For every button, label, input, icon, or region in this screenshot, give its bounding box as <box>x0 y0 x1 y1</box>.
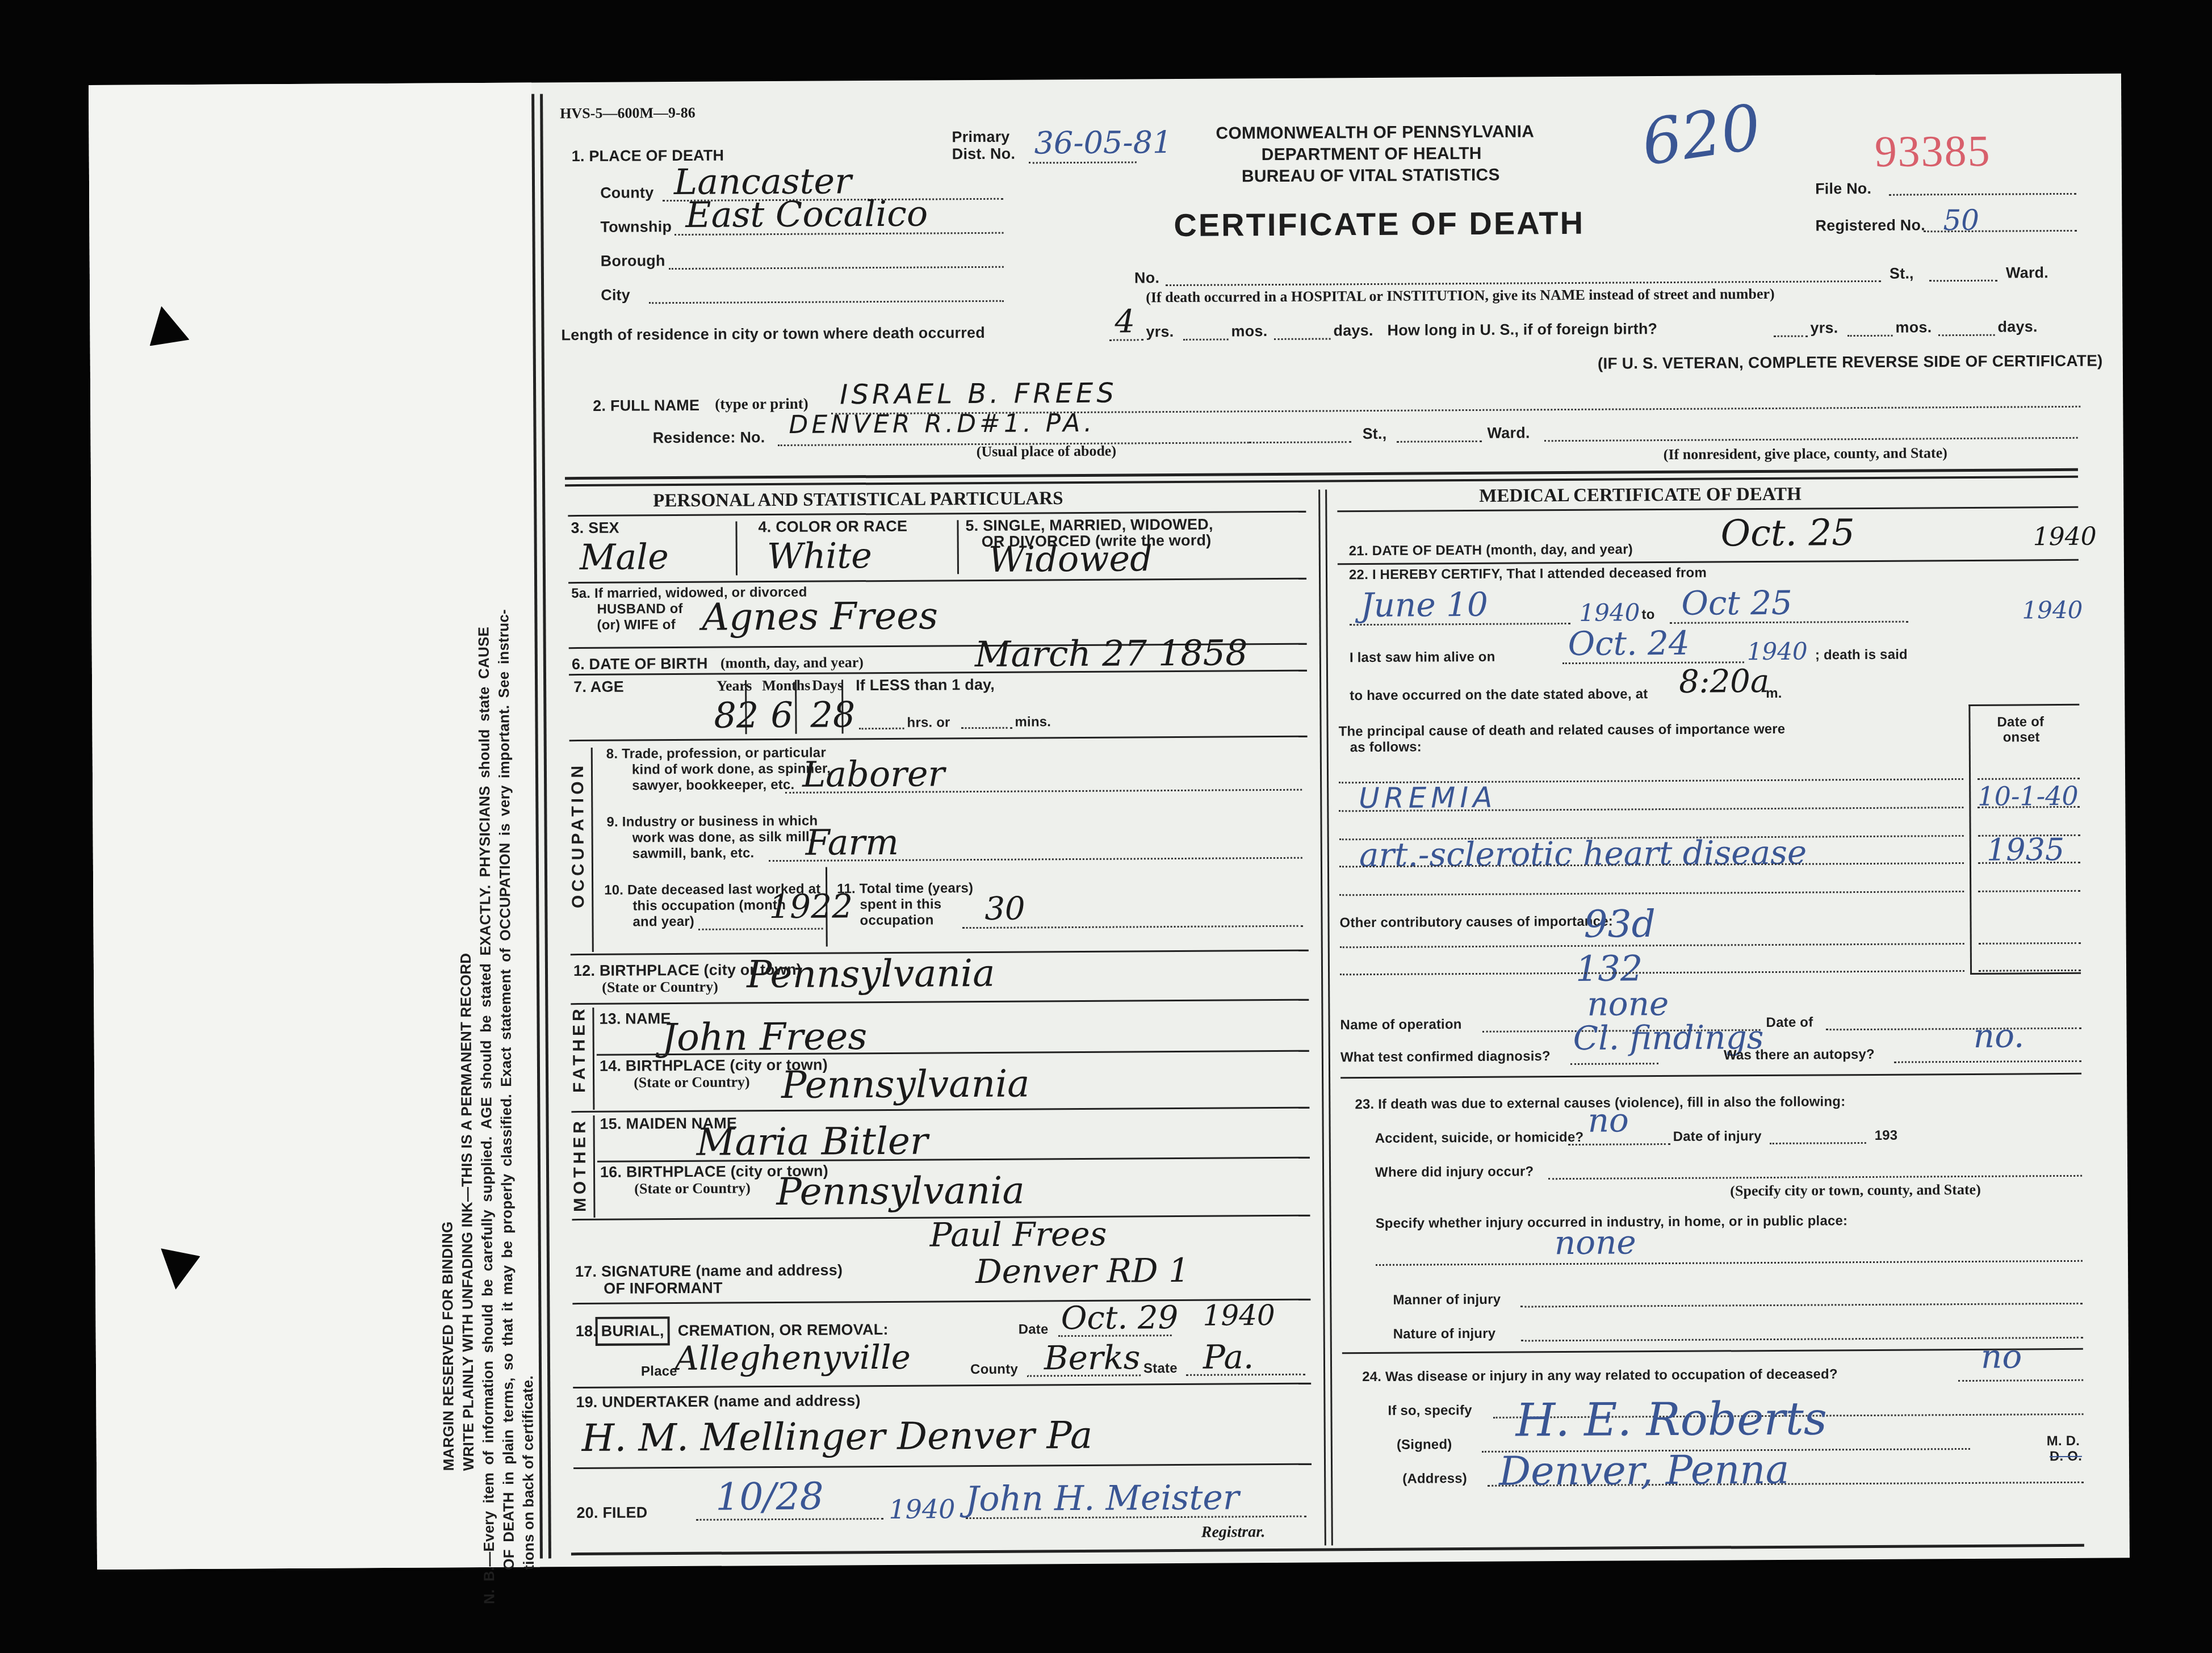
total-time-value[interactable]: 30 <box>984 891 1025 928</box>
personal-section-title: PERSONAL AND STATISTICAL PARTICULARS <box>653 488 1063 511</box>
certificate-title: CERTIFICATE OF DEATH <box>1174 204 1585 244</box>
trade-label-3: sawyer, bookkeeper, etc. <box>632 777 794 794</box>
last-saw-value[interactable]: Oct. 24 <box>1568 624 1690 663</box>
injury-date-label: Date of injury <box>1673 1128 1762 1145</box>
cause-intro-2: as follows: <box>1350 739 1422 756</box>
industry-label-3: sawmill, bank, etc. <box>632 845 755 862</box>
header-bureau: BUREAU OF VITAL STATISTICS <box>1242 166 1500 187</box>
county-label: County <box>600 184 653 202</box>
informant-label: 17. SIGNATURE (name and address) <box>575 1261 843 1281</box>
autopsy-value[interactable]: no. <box>1974 1016 2025 1055</box>
mother-birthplace-label-2: (State or Country) <box>634 1180 751 1197</box>
registrar-signature[interactable]: John H. Meister <box>965 1478 1239 1519</box>
accident-label: Accident, suicide, or homicide? <box>1375 1130 1584 1147</box>
other-causes-label: Other contributory causes of importance: <box>1339 914 1613 932</box>
attended-to-label: to <box>1641 607 1654 623</box>
marital-value[interactable]: Widowed <box>988 538 1153 580</box>
age-days-label: Days <box>812 677 843 694</box>
registered-no-value[interactable]: 50 <box>1943 204 1979 237</box>
occupation-side-label: OCCUPATION <box>568 762 588 908</box>
industry-label: 9. Industry or business in which <box>606 813 818 830</box>
primary-label: Primary <box>952 128 1009 146</box>
cause-intro: The principal cause of death and related… <box>1339 721 1786 740</box>
last-saw-label: I last saw him alive on <box>1350 649 1495 666</box>
time-of-death-value[interactable]: 8:20a <box>1679 663 1770 700</box>
death-said-label: ; death is said <box>1815 647 1908 664</box>
injury-year-prefix: 193 <box>1875 1128 1898 1144</box>
age-months-label: Months <box>762 677 810 694</box>
informant-address[interactable]: Denver RD 1 <box>975 1251 1189 1291</box>
trade-label-2: kind of work done, as spinner, <box>632 761 831 778</box>
burial-county-value[interactable]: Berks <box>1044 1338 1141 1377</box>
age-months-value[interactable]: 6 <box>770 694 793 736</box>
sex-label: 3. SEX <box>571 519 619 537</box>
birthplace-value[interactable]: Pennsylvania <box>747 951 995 997</box>
registrar-label: Registrar. <box>1201 1523 1266 1542</box>
injury-place-value[interactable]: none <box>1555 1223 1636 1262</box>
form-border-left <box>540 94 551 1558</box>
last-worked-label-2: this occupation (month <box>632 897 786 914</box>
occupation-related-label: 24. Was disease or injury in any way rel… <box>1362 1366 1838 1385</box>
trade-value[interactable]: Laborer <box>802 753 945 795</box>
foreign-birth-label: How long in U. S., if of foreign birth? <box>1387 320 1657 339</box>
specify-label: If so, specify <box>1388 1403 1472 1419</box>
onset-label: Date of <box>1997 714 2044 730</box>
full-name-value[interactable]: ISRAEL B. FREES <box>840 377 1117 411</box>
dob-label: 6. DATE OF BIRTH <box>572 655 708 673</box>
last-worked-label-3: and year) <box>632 914 694 930</box>
residence-st-label: St., <box>1362 425 1386 443</box>
injury-where-note: (Specify city or town, county, and State… <box>1730 1181 1981 1200</box>
borough-field[interactable] <box>669 266 1004 270</box>
township-value[interactable]: East Cocalico <box>685 192 928 235</box>
operation-label: Name of operation <box>1340 1017 1461 1033</box>
race-label: 4. COLOR OR RACE <box>758 518 907 536</box>
filed-date-value[interactable]: 10/28 <box>715 1475 824 1519</box>
medical-section-title: MEDICAL CERTIFICATE OF DEATH <box>1479 484 1802 507</box>
filed-year-value[interactable]: 1940 <box>889 1493 955 1525</box>
test-label: What test confirmed diagnosis? <box>1340 1048 1551 1065</box>
days-label: days. <box>1333 322 1373 339</box>
certify-label: 22. I HEREBY CERTIFY, That I attended de… <box>1349 565 1707 584</box>
operation-date-field[interactable] <box>1826 1027 2081 1031</box>
father-side-label: FATHER <box>569 1005 589 1093</box>
attended-to-year[interactable]: 1940 <box>2022 596 2083 624</box>
injury-where-field[interactable] <box>1548 1175 2082 1180</box>
yrs-label: yrs. <box>1146 323 1174 341</box>
days-label: days. <box>1997 318 2037 335</box>
death-certificate-paper: MARGIN RESERVED FOR BINDING WRITE PLAINL… <box>89 73 2130 1570</box>
ward-field[interactable] <box>1929 280 1997 282</box>
last-saw-year[interactable]: 1940 <box>1747 637 1808 666</box>
burial-state-value[interactable]: Pa. <box>1203 1337 1254 1377</box>
veteran-note: (IF U. S. VETERAN, COMPLETE REVERSE SIDE… <box>1598 352 2103 373</box>
dob-value[interactable]: March 27 1858 <box>975 632 1248 675</box>
dist-no-label: Dist. No. <box>952 145 1015 163</box>
hospital-note: (If death occurred in a HOSPITAL or INST… <box>1146 286 1775 306</box>
header-department: DEPARTMENT OF HEALTH <box>1262 144 1482 165</box>
father-birthplace-value[interactable]: Pennsylvania <box>781 1062 1030 1107</box>
column-divider <box>1325 489 1333 1545</box>
burial-label: CREMATION, OR REMOVAL: <box>678 1321 889 1340</box>
spouse-value[interactable]: Agnes Frees <box>702 594 938 639</box>
dob-sublabel: (month, day, and year) <box>720 654 864 672</box>
burial-year-value[interactable]: 1940 <box>1203 1299 1275 1332</box>
father-birthplace-label-2: (State or Country) <box>634 1073 750 1091</box>
hrs-label: hrs. or <box>907 715 950 731</box>
handwritten-number: 620 <box>1637 90 1765 179</box>
yrs-label: yrs. <box>1810 319 1838 337</box>
burial-date-label: Date <box>1019 1321 1049 1337</box>
mos-label: mos. <box>1231 322 1267 340</box>
birthplace-label-2: (State or Country) <box>602 979 718 996</box>
autopsy-label: Was there an autopsy? <box>1724 1047 1875 1064</box>
mins-label: mins. <box>1015 714 1051 730</box>
residence-years-value[interactable]: 4 <box>1115 303 1135 340</box>
operation-value[interactable]: none <box>1587 984 1669 1023</box>
attended-to-value[interactable]: Oct 25 <box>1681 584 1792 623</box>
total-time-label-2: spent in this <box>860 896 941 913</box>
sex-value[interactable]: Male <box>580 536 669 578</box>
age-days-value[interactable]: 28 <box>810 694 855 735</box>
ward-label: Ward. <box>2006 264 2048 282</box>
injury-where-label: Where did injury occur? <box>1375 1164 1534 1181</box>
nature-of-injury-label: Nature of injury <box>1393 1326 1496 1342</box>
father-name-label: 13. NAME <box>599 1010 671 1028</box>
trade-label: 8. Trade, profession, or particular <box>606 745 826 762</box>
burial-place-label: Place <box>641 1363 677 1379</box>
burial-num: 18. <box>576 1323 597 1340</box>
form-code: HVS-5—600M—9-86 <box>560 104 695 122</box>
residence-label: Residence: No. <box>653 429 765 447</box>
file-stamp-number: 93385 <box>1874 125 1991 177</box>
residence-value[interactable]: DENVER R.D#1. PA. <box>789 409 1095 439</box>
attended-from-year[interactable]: 1940 <box>1579 598 1640 627</box>
column-divider <box>1318 490 1326 1546</box>
mother-side-label: MOTHER <box>570 1118 590 1212</box>
mother-birthplace-value[interactable]: Pennsylvania <box>776 1169 1025 1214</box>
code-1[interactable]: 93d <box>1583 902 1656 946</box>
onset-label-2: onset <box>2003 729 2040 745</box>
date-of-death-value[interactable]: Oct. 25 <box>1720 512 1855 555</box>
accident-value[interactable]: no <box>1587 1101 1629 1139</box>
cause-2-value[interactable]: art.-sclerotic heart disease <box>1359 833 1807 875</box>
injury-date-field[interactable] <box>1770 1142 1866 1144</box>
date-of-death-year[interactable]: 1940 <box>2033 522 2096 552</box>
undertaker-label: 19. UNDERTAKER (name and address) <box>576 1392 860 1411</box>
st-label: St., <box>1890 265 1914 282</box>
undertaker-value[interactable]: H. M. Mellinger Denver Pa <box>582 1413 1093 1460</box>
occupation-related-value[interactable]: no <box>1981 1337 2022 1375</box>
signed-label: (Signed) <box>1397 1437 1452 1453</box>
burial-place-value[interactable]: Alleghenyville <box>675 1338 911 1378</box>
age-less-label: If LESS than 1 day, <box>856 676 995 694</box>
informant-label-2: OF INFORMANT <box>604 1279 723 1298</box>
total-time-label-3: occupation <box>860 912 933 929</box>
nonresident-note: (If nonresident, give place, county, and… <box>1664 444 1947 463</box>
file-no-label: File No. <box>1815 180 1871 198</box>
township-label: Township <box>600 218 672 236</box>
burial-state-label: State <box>1143 1361 1178 1377</box>
attended-from-value[interactable]: June 10 <box>1360 585 1488 624</box>
code-2[interactable]: 132 <box>1576 947 1643 989</box>
city-label: City <box>601 287 630 304</box>
residence-length-label: Length of residence in city or town wher… <box>561 324 985 344</box>
burial-county-label: County <box>970 1362 1018 1378</box>
burial-date-value[interactable]: Oct. 29 <box>1061 1299 1178 1337</box>
manner-of-injury-field[interactable] <box>1520 1303 2083 1308</box>
spouse-label-2: HUSBAND of <box>597 601 682 618</box>
age-label: 7. AGE <box>573 678 624 697</box>
margin-note-line1: MARGIN RESERVED FOR BINDING <box>439 1222 458 1471</box>
burial-selected-box[interactable]: BURIAL, <box>596 1316 670 1346</box>
mos-label: mos. <box>1895 318 1932 336</box>
address-label: (Address) <box>1402 1471 1467 1487</box>
abode-note: (Usual place of abode) <box>977 443 1116 460</box>
age-years-value[interactable]: 82 <box>714 694 759 736</box>
file-no-field[interactable] <box>1889 193 2076 196</box>
residence-ward-label: Ward. <box>1487 424 1530 442</box>
borough-label: Borough <box>601 252 665 270</box>
do-label-struck: D. O. <box>2050 1449 2082 1465</box>
registered-no-label: Registered No. <box>1815 216 1925 234</box>
dist-no-value: 36-05-81 <box>1034 124 1172 161</box>
full-name-label: 2. FULL NAME <box>593 397 699 415</box>
spouse-label-3: (or) WIFE of <box>597 617 676 633</box>
header-commonwealth: COMMONWEALTH OF PENNSYLVANIA <box>1216 122 1534 143</box>
occurred-at-label: to have occurred on the date stated abov… <box>1350 686 1648 704</box>
informant-name[interactable]: Paul Frees <box>929 1215 1107 1255</box>
filed-label: 20. FILED <box>576 1504 647 1522</box>
race-value[interactable]: White <box>767 535 873 577</box>
manner-of-injury-label: Manner of injury <box>1393 1292 1501 1308</box>
operation-date-label: Date of <box>1766 1015 1813 1031</box>
time-suffix: m. <box>1766 686 1782 702</box>
physician-address[interactable]: Denver, Penna <box>1499 1446 1790 1495</box>
mother-name-value[interactable]: Maria Bitler <box>697 1119 928 1164</box>
physician-signature[interactable]: H. E. Roberts <box>1515 1392 1827 1446</box>
street-no-label: No. <box>1134 269 1159 287</box>
margin-note-line5: tions on back of certificate. <box>519 1375 538 1570</box>
margin-note-line2: WRITE PLAINLY WITH UNFADING INK—THIS IS … <box>457 953 477 1471</box>
industry-value[interactable]: Farm <box>805 821 899 863</box>
industry-label-2: work was done, as silk mill, <box>632 829 814 846</box>
md-label: M. D. <box>2047 1433 2080 1449</box>
city-field[interactable] <box>649 300 1004 304</box>
date-of-death-label: 21. DATE OF DEATH (month, day, and year) <box>1349 542 1633 559</box>
total-time-label: 11. Total time (years) <box>837 880 973 897</box>
